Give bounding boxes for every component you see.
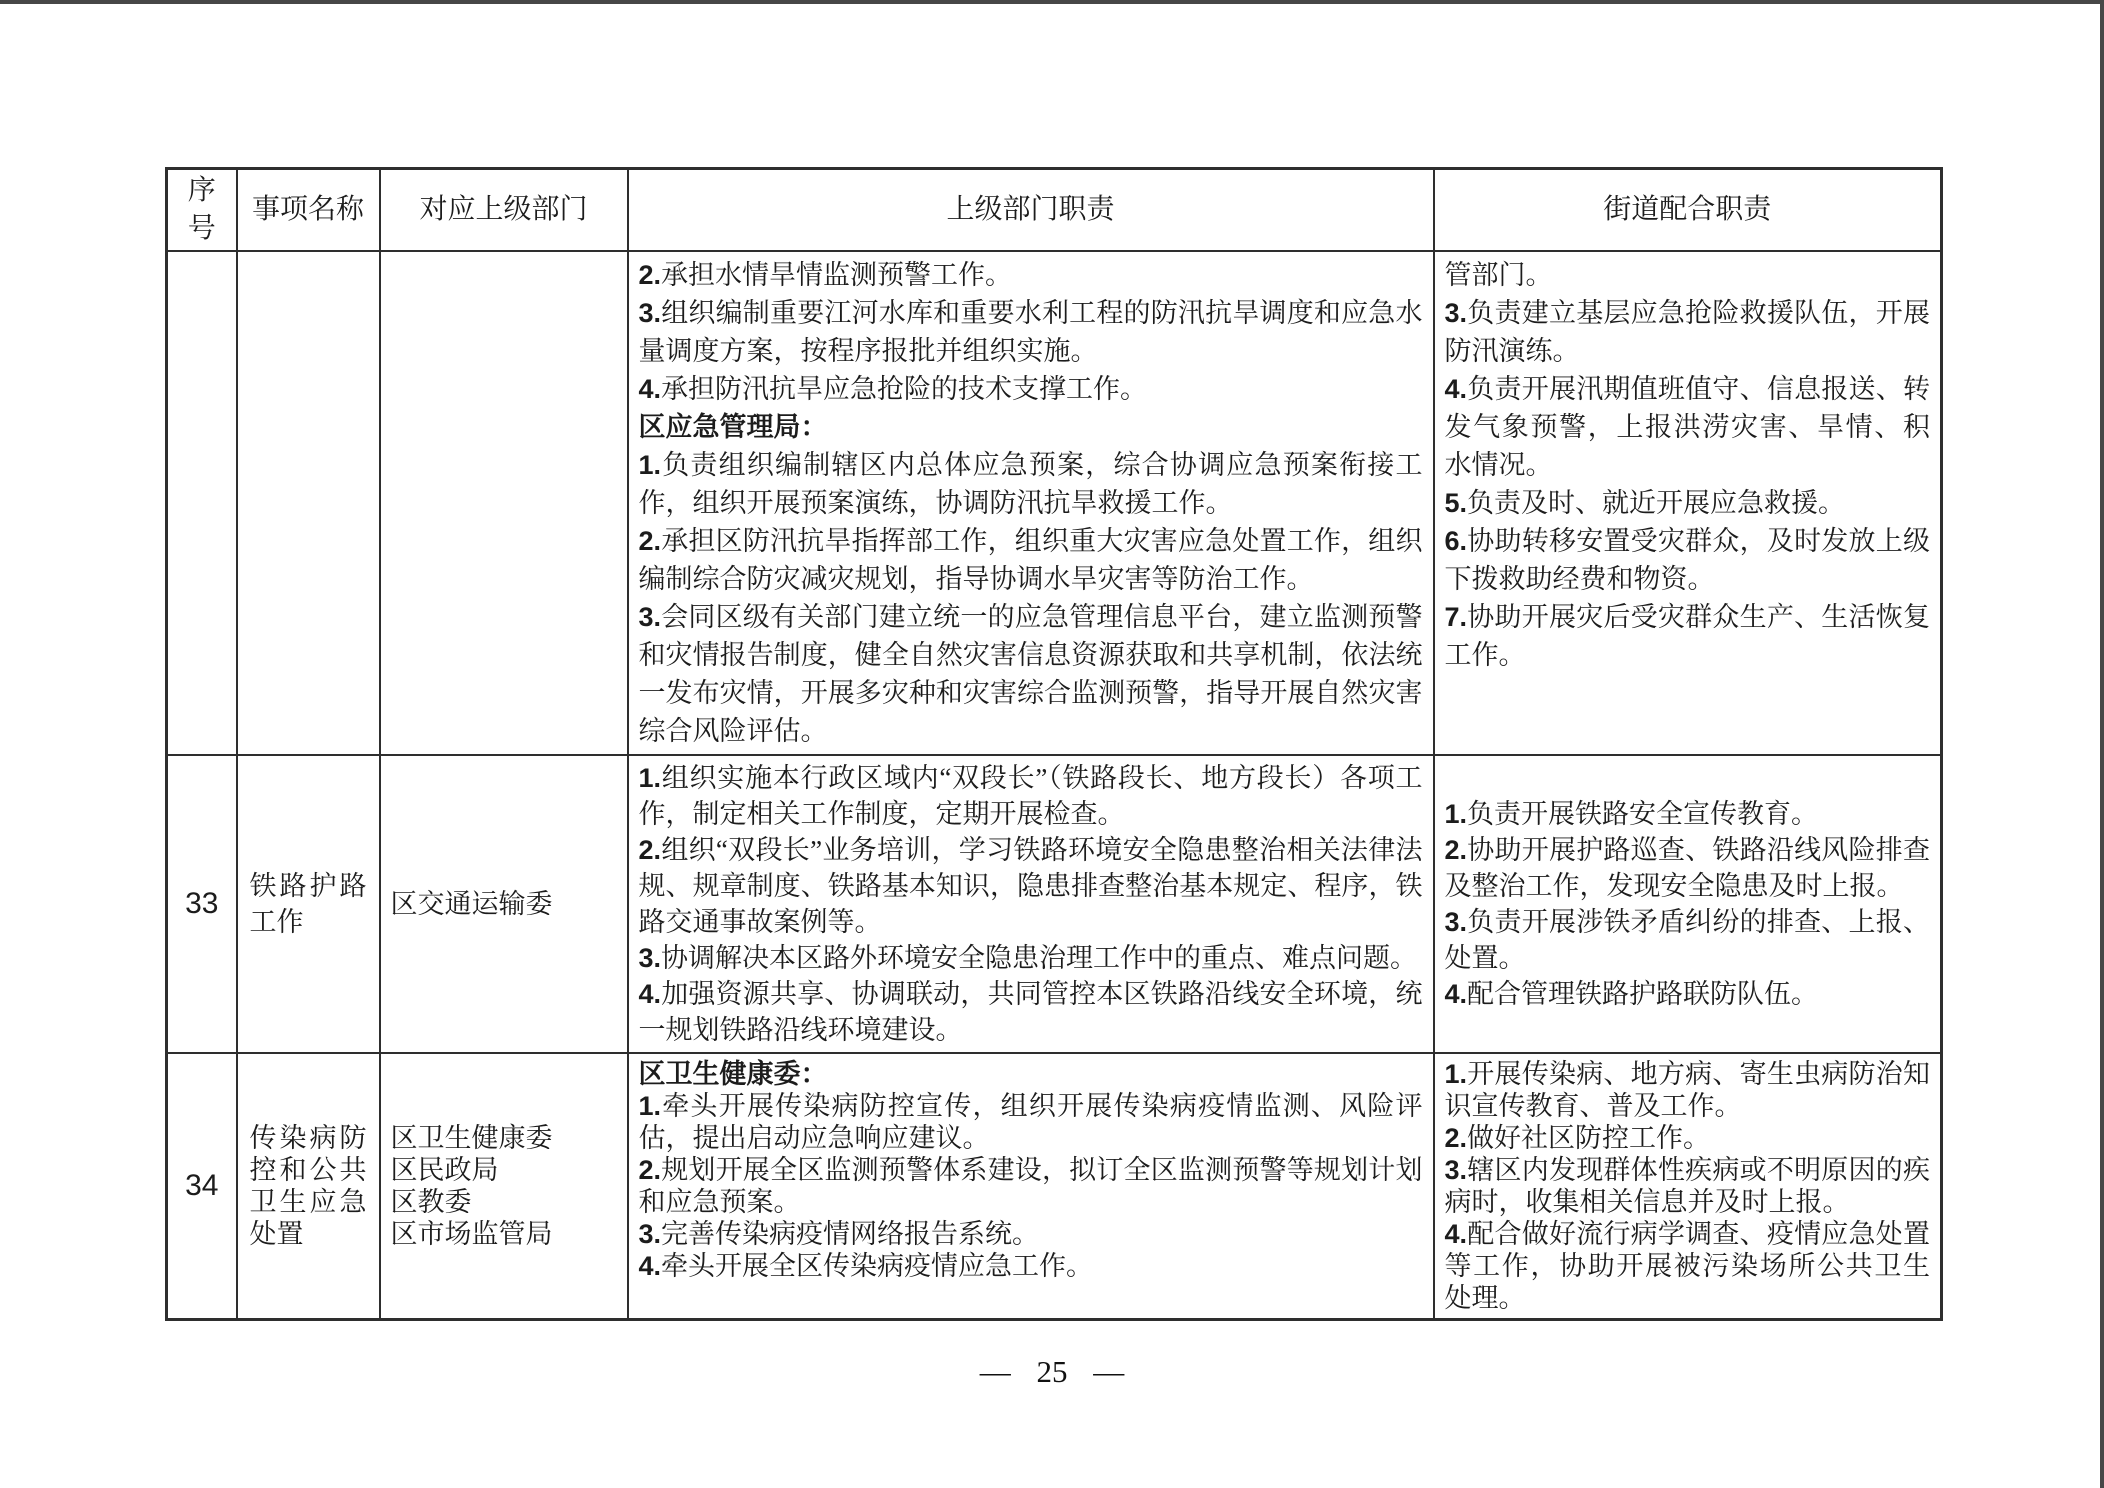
duty-number: 2.: [639, 260, 662, 290]
duty-text: 牵头开展传染病防控宣传，组织开展传染病疫情监测、风险评估，提出启动应急响应建议。: [639, 1091, 1423, 1153]
duty-item: 4.配合管理铁路护路联防队伍。: [1445, 976, 1931, 1012]
duty-item: 4.配合做好流行病学调查、疫情应急处置等工作，协助开展被污染场所公共卫生处理。: [1445, 1218, 1931, 1314]
duty-number: 3.: [1445, 1155, 1468, 1185]
table-row: 33铁路护路工作区交通运输委1.组织实施本行政区域内“双段长”（铁路段长、地方段…: [167, 755, 1942, 1053]
duty-number: 3.: [639, 602, 662, 632]
duty-item: 3.会同区级有关部门建立统一的应急管理信息平台，建立监测预警和灾情报告制度，健全…: [639, 598, 1423, 750]
duty-item: 3.辖区内发现群体性疾病或不明原因的疾病时，收集相关信息并及时上报。: [1445, 1154, 1931, 1218]
duty-item: 1.负责组织编制辖区内总体应急预案，综合协调应急预案衔接工作，组织开展预案演练，…: [639, 446, 1423, 522]
table-header-row: 序号 事项名称 对应上级部门 上级部门职责 街道配合职责: [167, 169, 1942, 252]
page: 序号 事项名称 对应上级部门 上级部门职责 街道配合职责 2.承担水情旱情监测预…: [0, 0, 2104, 1488]
column-header-item-name: 事项名称: [237, 169, 380, 252]
duty-text: 协助开展灾后受灾群众生产、生活恢复工作。: [1445, 602, 1931, 670]
seq-cell: 33: [167, 755, 237, 1053]
duty-item: 3.负责建立基层应急抢险救援队伍，开展防汛演练。: [1445, 294, 1931, 370]
duty-item: 4.牵头开展全区传染病疫情应急工作。: [639, 1250, 1423, 1282]
duty-item: 2.协助开展护路巡查、铁路沿线风险排查及整治工作，发现安全隐患及时上报。: [1445, 832, 1931, 904]
duty-heading: 区卫生健康委：: [639, 1058, 1423, 1090]
duty-item: 6.协助转移安置受灾群众，及时发放上级下拨救助经费和物资。: [1445, 522, 1931, 598]
duty-number: 3.: [639, 1219, 662, 1249]
duty-number: 2.: [639, 835, 662, 865]
duty-number: 1.: [639, 1091, 662, 1121]
superior-duties-cell: 1.组织实施本行政区域内“双段长”（铁路段长、地方段长）各项工作，制定相关工作制…: [628, 755, 1434, 1053]
superior-dept-cell: 区卫生健康委区民政局区教委区市场监管局: [380, 1053, 628, 1320]
duty-number: 1.: [1445, 1059, 1468, 1089]
duty-number: 2.: [1445, 1123, 1468, 1153]
department-name: 区市场监管局: [391, 1218, 617, 1250]
duty-number: 1.: [639, 763, 662, 793]
duty-item: 1.开展传染病、地方病、寄生虫病防治知识宣传教育、普及工作。: [1445, 1058, 1931, 1122]
item-name-cell: 铁路护路工作: [237, 755, 380, 1053]
duty-text: 负责开展汛期值班值守、信息报送、转发气象预警，上报洪涝灾害、旱情、积水情况。: [1445, 374, 1931, 480]
duty-text: 完善传染病疫情网络报告系统。: [661, 1219, 1039, 1249]
item-name-cell: 传染病防控和公共卫生应急处置: [237, 1053, 380, 1320]
street-duties-cell: 管部门。3.负责建立基层应急抢险救援队伍，开展防汛演练。4.负责开展汛期值班值守…: [1434, 251, 1942, 755]
column-header-superior-duties: 上级部门职责: [628, 169, 1434, 252]
duty-text: 承担水情旱情监测预警工作。: [661, 260, 1012, 290]
page-number: — 25 —: [0, 1354, 2104, 1390]
duty-number: 4.: [639, 374, 662, 404]
duty-number: 3.: [1445, 907, 1468, 937]
duty-text: 组织“双段长”业务培训，学习铁路环境安全隐患整治相关法律法规、规章制度、铁路基本…: [639, 835, 1423, 937]
duty-number: 2.: [639, 1155, 662, 1185]
duty-item: 2.做好社区防控工作。: [1445, 1122, 1931, 1154]
duty-number: 1.: [639, 450, 662, 480]
duty-text: 组织实施本行政区域内“双段长”（铁路段长、地方段长）各项工作，制定相关工作制度，…: [639, 763, 1423, 829]
duty-item: 3.协调解决本区路外环境安全隐患治理工作中的重点、难点问题。: [639, 940, 1423, 976]
duty-item: 2.承担区防汛抗旱指挥部工作，组织重大灾害应急处置工作，组织编制综合防灾减灾规划…: [639, 522, 1423, 598]
duty-text: 区卫生健康委：: [639, 1059, 828, 1089]
duty-text: 辖区内发现群体性疾病或不明原因的疾病时，收集相关信息并及时上报。: [1445, 1155, 1931, 1217]
duty-text: 组织编制重要江河水库和重要水利工程的防汛抗旱调度和应急水量调度方案，按程序报批并…: [639, 298, 1423, 366]
duty-text: 牵头开展全区传染病疫情应急工作。: [661, 1251, 1093, 1281]
column-header-superior-dept: 对应上级部门: [380, 169, 628, 252]
department-name: 区民政局: [391, 1154, 617, 1186]
duty-text: 承担防汛抗旱应急抢险的技术支撑工作。: [661, 374, 1147, 404]
duty-text: 负责组织编制辖区内总体应急预案，综合协调应急预案衔接工作，组织开展预案演练，协调…: [639, 450, 1423, 518]
duty-number: 4.: [1445, 1219, 1468, 1249]
duty-text: 协助转移安置受灾群众，及时发放上级下拨救助经费和物资。: [1445, 526, 1931, 594]
department-name: 区教委: [391, 1186, 617, 1218]
duty-item: 4.加强资源共享、协调联动，共同管控本区铁路沿线安全环境，统一规划铁路沿线环境建…: [639, 976, 1423, 1048]
duty-text: 负责开展涉铁矛盾纠纷的排查、上报、处置。: [1445, 907, 1931, 973]
duty-text: 协助开展护路巡查、铁路沿线风险排查及整治工作，发现安全隐患及时上报。: [1445, 835, 1931, 901]
superior-dept-cell: [380, 251, 628, 755]
duty-number: 3.: [639, 943, 662, 973]
duty-text: 开展传染病、地方病、寄生虫病防治知识宣传教育、普及工作。: [1445, 1059, 1931, 1121]
seq-cell: 34: [167, 1053, 237, 1320]
duty-text: 会同区级有关部门建立统一的应急管理信息平台，建立监测预警和灾情报告制度，健全自然…: [639, 602, 1423, 746]
duty-item: 4.承担防汛抗旱应急抢险的技术支撑工作。: [639, 370, 1423, 408]
duty-text: 配合做好流行病学调查、疫情应急处置等工作，协助开展被污染场所公共卫生处理。: [1445, 1219, 1931, 1313]
duty-number: 2.: [1445, 835, 1468, 865]
duty-item: 2.承担水情旱情监测预警工作。: [639, 256, 1423, 294]
duty-item: 3.负责开展涉铁矛盾纠纷的排查、上报、处置。: [1445, 904, 1931, 976]
table-row: 2.承担水情旱情监测预警工作。3.组织编制重要江河水库和重要水利工程的防汛抗旱调…: [167, 251, 1942, 755]
duty-number: 4.: [639, 1251, 662, 1281]
duty-text: 配合管理铁路护路联防队伍。: [1467, 979, 1818, 1009]
table-body: 2.承担水情旱情监测预警工作。3.组织编制重要江河水库和重要水利工程的防汛抗旱调…: [167, 251, 1942, 1320]
duty-text: 规划开展全区监测预警体系建设，拟订全区监测预警等规划计划和应急预案。: [639, 1155, 1423, 1217]
duty-number: 1.: [1445, 799, 1468, 829]
duty-text: 管部门。: [1445, 260, 1553, 290]
duty-number: 5.: [1445, 488, 1468, 518]
duty-item: 5.负责及时、就近开展应急救援。: [1445, 484, 1931, 522]
superior-dept-cell: 区交通运输委: [380, 755, 628, 1053]
duty-number: 7.: [1445, 602, 1468, 632]
duty-item: 2.组织“双段长”业务培训，学习铁路环境安全隐患整治相关法律法规、规章制度、铁路…: [639, 832, 1423, 940]
duty-item: 7.协助开展灾后受灾群众生产、生活恢复工作。: [1445, 598, 1931, 674]
duty-item: 3.完善传染病疫情网络报告系统。: [639, 1218, 1423, 1250]
duty-text: 协调解决本区路外环境安全隐患治理工作中的重点、难点问题。: [661, 943, 1417, 973]
duty-text: 加强资源共享、协调联动，共同管控本区铁路沿线安全环境，统一规划铁路沿线环境建设。: [639, 979, 1423, 1045]
table-row: 34传染病防控和公共卫生应急处置区卫生健康委区民政局区教委区市场监管局区卫生健康…: [167, 1053, 1942, 1320]
duty-number: 3.: [639, 298, 662, 328]
duty-text: 负责及时、就近开展应急救援。: [1467, 488, 1845, 518]
department-name: 区卫生健康委: [391, 1122, 617, 1154]
duty-item: 管部门。: [1445, 256, 1931, 294]
duty-item: 4.负责开展汛期值班值守、信息报送、转发气象预警，上报洪涝灾害、旱情、积水情况。: [1445, 370, 1931, 484]
duty-heading: 区应急管理局：: [639, 408, 1423, 446]
column-header-seq: 序号: [167, 169, 237, 252]
duty-number: 3.: [1445, 298, 1468, 328]
duty-number: 4.: [639, 979, 662, 1009]
duty-number: 6.: [1445, 526, 1468, 556]
item-name-cell: [237, 251, 380, 755]
duty-text: 区应急管理局：: [639, 412, 828, 442]
duty-text: 承担区防汛抗旱指挥部工作，组织重大灾害应急处置工作，组织编制综合防灾减灾规划，指…: [639, 526, 1423, 594]
street-duties-cell: 1.开展传染病、地方病、寄生虫病防治知识宣传教育、普及工作。2.做好社区防控工作…: [1434, 1053, 1942, 1320]
duty-text: 负责建立基层应急抢险救援队伍，开展防汛演练。: [1445, 298, 1931, 366]
duty-item: 1.负责开展铁路安全宣传教育。: [1445, 796, 1931, 832]
duty-text: 做好社区防控工作。: [1467, 1123, 1710, 1153]
duty-text: 负责开展铁路安全宣传教育。: [1467, 799, 1818, 829]
duty-item: 1.牵头开展传染病防控宣传，组织开展传染病疫情监测、风险评估，提出启动应急响应建…: [639, 1090, 1423, 1154]
duty-number: 4.: [1445, 374, 1468, 404]
column-header-street-duties: 街道配合职责: [1434, 169, 1942, 252]
street-duties-cell: 1.负责开展铁路安全宣传教育。2.协助开展护路巡查、铁路沿线风险排查及整治工作，…: [1434, 755, 1942, 1053]
department-name: 区交通运输委: [391, 886, 617, 922]
duty-item: 2.规划开展全区监测预警体系建设，拟订全区监测预警等规划计划和应急预案。: [639, 1154, 1423, 1218]
duty-item: 1.组织实施本行政区域内“双段长”（铁路段长、地方段长）各项工作，制定相关工作制…: [639, 760, 1423, 832]
duty-item: 3.组织编制重要江河水库和重要水利工程的防汛抗旱调度和应急水量调度方案，按程序报…: [639, 294, 1423, 370]
superior-duties-cell: 区卫生健康委：1.牵头开展传染病防控宣传，组织开展传染病疫情监测、风险评估，提出…: [628, 1053, 1434, 1320]
duty-number: 4.: [1445, 979, 1468, 1009]
duty-number: 2.: [639, 526, 662, 556]
superior-duties-cell: 2.承担水情旱情监测预警工作。3.组织编制重要江河水库和重要水利工程的防汛抗旱调…: [628, 251, 1434, 755]
seq-cell: [167, 251, 237, 755]
duties-table: 序号 事项名称 对应上级部门 上级部门职责 街道配合职责 2.承担水情旱情监测预…: [165, 167, 1943, 1321]
